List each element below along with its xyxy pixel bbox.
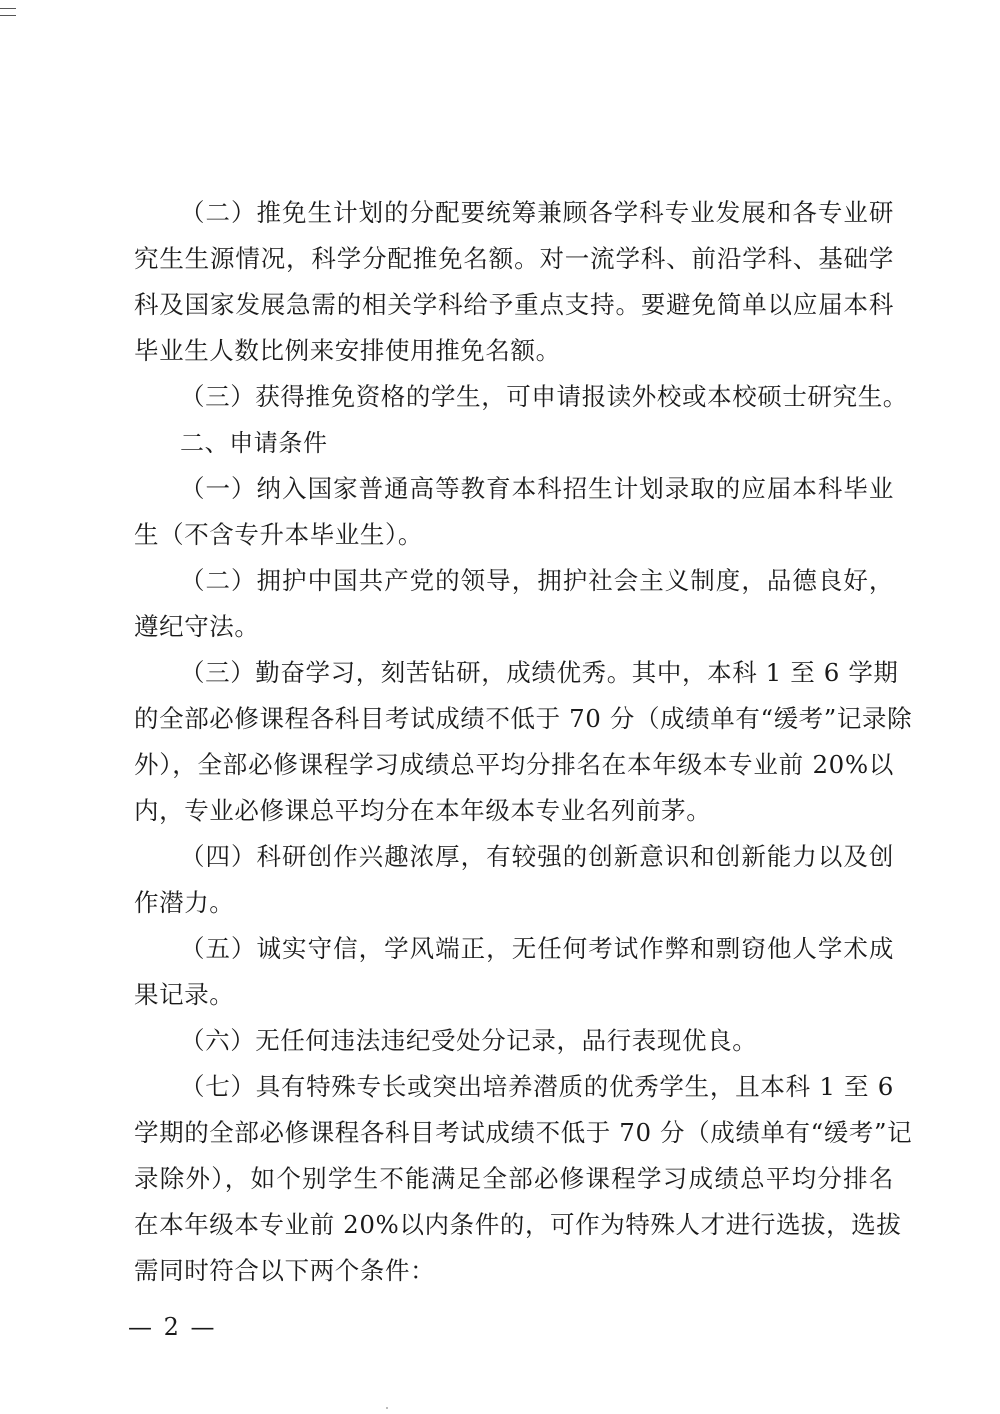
paragraph-line: 科及国家发展急需的相关学科给予重点支持。要避免简单以应届本科 — [134, 290, 894, 320]
paragraph-line: （二）拥护中国共产党的领导，拥护社会主义制度，品德良好， — [180, 566, 894, 596]
paragraph-line: （六）无任何违法违纪受处分记录，品行表现优良。 — [180, 1026, 894, 1056]
paragraph-line: 录除外），如个别学生不能满足全部必修课程学习成绩总平均分排名 — [134, 1164, 894, 1194]
paragraph-line: 外），全部必修课程学习成绩总平均分排名在本年级本专业前 20%以 — [134, 750, 894, 780]
section-heading: 二、申请条件 — [180, 428, 894, 458]
paragraph-line: 需同时符合以下两个条件： — [134, 1256, 894, 1286]
paragraph-line: 作潜力。 — [134, 888, 894, 918]
paragraph-line: （三）勤奋学习，刻苦钻研，成绩优秀。其中，本科 1 至 6 学期 — [180, 658, 894, 688]
paragraph-line: （三）获得推免资格的学生，可申请报读外校或本校硕士研究生。 — [180, 382, 894, 412]
paragraph-line: 毕业生人数比例来安排使用推免名额。 — [134, 336, 894, 366]
paragraph-line: 生（不含专升本毕业生）。 — [134, 520, 894, 550]
paragraph-line: （七）具有特殊专长或突出培养潜质的优秀学生，且本科 1 至 6 — [180, 1072, 894, 1102]
paragraph-line: 学期的全部必修课程各科目考试成绩不低于 70 分（成绩单有“缓考”记 — [134, 1118, 894, 1148]
paragraph-line: 内，专业必修课总平均分在本年级本专业名列前茅。 — [134, 796, 894, 826]
paragraph-line: 的全部必修课程各科目考试成绩不低于 70 分（成绩单有“缓考”记录除 — [134, 704, 894, 734]
scan-speck — [386, 1407, 388, 1409]
page-number: — 2 — — [128, 1312, 217, 1342]
paragraph-line: 在本年级本专业前 20%以内条件的，可作为特殊人才进行选拔，选拔 — [134, 1210, 894, 1240]
corner-mark — [0, 8, 16, 16]
paragraph-line: （一）纳入国家普通高等教育本科招生计划录取的应届本科毕业 — [180, 474, 894, 504]
paragraph-line: （五）诚实守信，学风端正，无任何考试作弊和剽窃他人学术成 — [180, 934, 894, 964]
paragraph-line: （四）科研创作兴趣浓厚，有较强的创新意识和创新能力以及创 — [180, 842, 894, 872]
paragraph-line: （二）推免生计划的分配要统筹兼顾各学科专业发展和各专业研 — [180, 198, 894, 228]
paragraph-line: 果记录。 — [134, 980, 894, 1010]
paragraph-line: 遵纪守法。 — [134, 612, 894, 642]
paragraph-line: 究生生源情况，科学分配推免名额。对一流学科、前沿学科、基础学 — [134, 244, 894, 274]
